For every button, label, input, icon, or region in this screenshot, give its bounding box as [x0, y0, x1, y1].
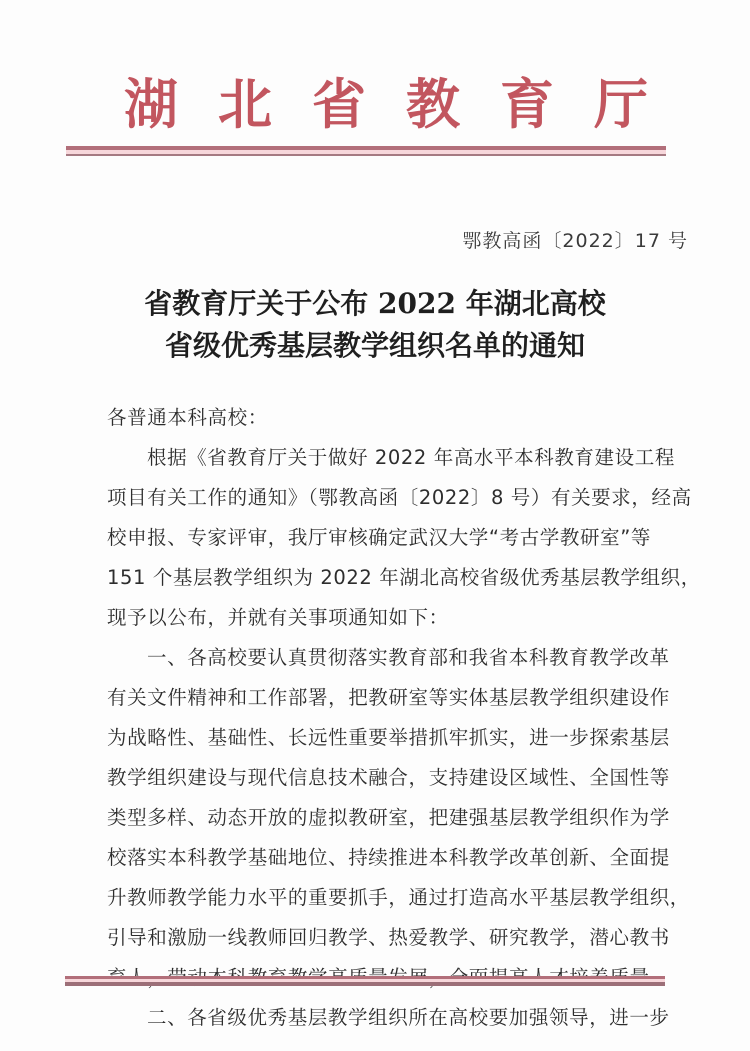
letterhead-char: 厅	[594, 74, 648, 134]
body-line: 引导和激励一线教师回归教学、热爱教学、研究教学，潜心教书	[107, 918, 667, 958]
salutation: 各普通本科高校：	[107, 398, 667, 438]
document-number: 鄂教高函〔2022〕17 号	[462, 226, 688, 253]
letterhead-char: 北	[218, 74, 272, 134]
body-line: 二、各省级优秀基层教学组织所在高校要加强领导，进一步	[107, 998, 667, 1038]
document-page: 湖 北 省 教 育 厅 鄂教高函〔2022〕17 号 省教育厅关于公布 2022…	[0, 0, 750, 1051]
body-line: 校落实本科教学基础地位、持续推进本科教学改革创新、全面提	[107, 838, 667, 878]
body-line: 一、各高校要认真贯彻落实教育部和我省本科教育教学改革	[107, 638, 667, 678]
letterhead-char: 湖	[124, 74, 178, 134]
footer-rule-thick	[65, 982, 665, 986]
body-line: 教学组织建设与现代信息技术融合，支持建设区域性、全国性等	[107, 758, 667, 798]
letterhead-rule-thin	[66, 154, 666, 156]
letterhead-char: 省	[312, 74, 366, 134]
letterhead-title: 湖 北 省 教 育 厅	[96, 74, 676, 134]
body-line: 校申报、专家评审，我厅审核确定武汉大学“考古学教研室”等	[107, 518, 667, 558]
letterhead-char: 教	[406, 74, 460, 134]
body-line: 项目有关工作的通知》（鄂教高函〔2022〕8 号）有关要求，经高	[107, 478, 667, 518]
body-line: 为战略性、基础性、长远性重要举措抓牢抓实，进一步探索基层	[107, 718, 667, 758]
body-line: 有关文件精神和工作部署，把教研室等实体基层教学组织建设作	[107, 678, 667, 718]
document-title-line-1: 省教育厅关于公布 2022 年湖北高校	[0, 282, 750, 322]
body-line: 151 个基层教学组织为 2022 年湖北高校省级优秀基层教学组织，	[107, 558, 667, 598]
document-title-line-2: 省级优秀基层教学组织名单的通知	[0, 324, 750, 364]
body-line: 根据《省教育厅关于做好 2022 年高水平本科教育建设工程	[107, 438, 667, 478]
letterhead-char: 育	[500, 74, 554, 134]
body-line: 升教师教学能力水平的重要抓手，通过打造高水平基层教学组织，	[107, 878, 667, 918]
body-line: 现予以公布，并就有关事项通知如下：	[107, 598, 667, 638]
body-line: 类型多样、动态开放的虚拟教研室，把建强基层教学组织作为学	[107, 798, 667, 838]
